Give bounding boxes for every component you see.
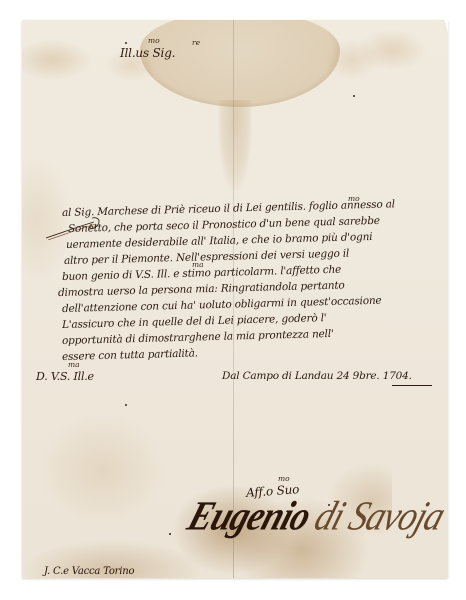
document-viewer: Ill.us Sig. mo re al Sig. Marchese di Pr… [0,0,466,600]
closing-honorific-sup: ma [68,360,80,369]
ink-speck [169,533,171,535]
water-stain-drip [218,100,252,190]
signature-rest: di Savoja [309,493,448,539]
ink-speck [353,95,355,97]
date-line: Dal Campo di Landau 24 9bre. 1704. [222,370,412,382]
body-line-10: essere con tutta partialità. [62,347,198,364]
salutation-text: Ill.us Sig. [120,46,175,60]
signature-first-name: Eugenio [182,493,316,539]
signature: Eugenio di Savoja [182,492,448,540]
letter-paper: Ill.us Sig. mo re al Sig. Marchese di Pr… [22,20,448,578]
salutation: Ill.us Sig. [120,46,175,60]
body-sup-gentilis: mo [348,194,360,203]
date-underline [392,385,432,386]
address-footer: J. C.e Vacca Torino [44,566,134,577]
body-sup-ill: ma [192,260,204,269]
paper-corner-cut [444,20,448,40]
ink-speck [125,404,127,406]
salutation-sup-re: re [192,38,200,47]
closing-honorific: D. V.S. Ill.e [36,370,94,383]
closing-sup: mo [278,474,290,483]
salutation-sup-mo: mo [148,36,160,45]
water-stain-top [140,20,340,107]
ink-speck [125,42,127,44]
